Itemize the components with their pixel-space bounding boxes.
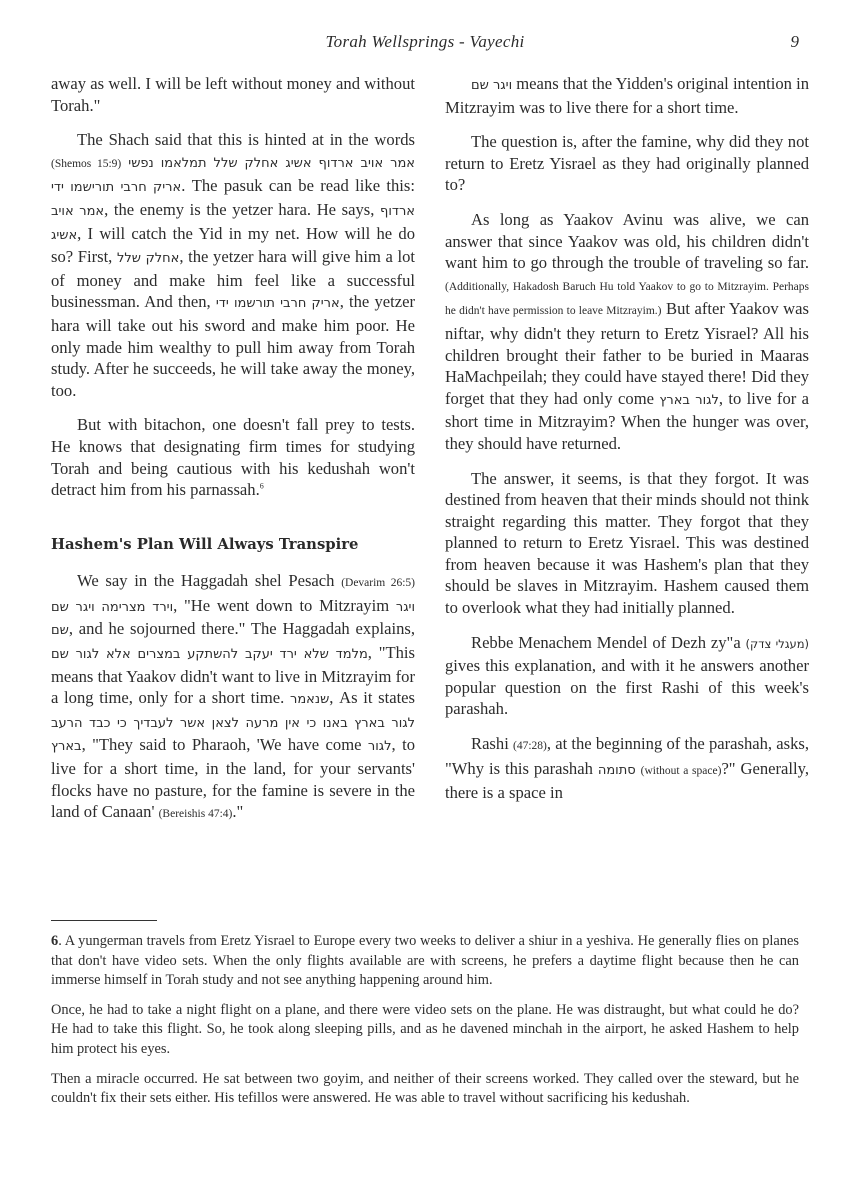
footnote-text: Then a miracle occurred. He sat between …	[51, 1071, 799, 1107]
paragraph-text: The Shach said that this is hinted at in…	[77, 130, 415, 149]
paragraph-text: , and he sojourned there." The Haggadah …	[69, 619, 415, 638]
paragraph-text: , "They said to Pharaoh, 'We have come	[82, 735, 368, 754]
left-column: away as well. I will be left without mon…	[51, 73, 415, 839]
paragraph: Rashi (47:28), at the beginning of the p…	[445, 733, 809, 804]
book-page: Torah Wellsprings - Vayechi 9 away as we…	[0, 0, 849, 1200]
paragraph-text: The question is, after the famine, why d…	[445, 132, 809, 194]
paragraph-text: The answer, it seems, is that they forgo…	[445, 469, 809, 618]
paragraph: The question is, after the famine, why d…	[445, 131, 809, 196]
hebrew-quote: אחלק שלל	[117, 251, 179, 266]
hebrew-quote: לגור	[368, 739, 392, 754]
source-citation: (47:28)	[513, 740, 547, 752]
hebrew-quote: מלמד שלא ירד יעקב להשתקע במצרים אלא לגור…	[51, 647, 368, 662]
paragraph: ויגר שם means that the Yidden's original…	[445, 73, 809, 118]
source-citation: (Devarim 26:5)	[341, 577, 415, 589]
hebrew-quote: לגור בארץ	[659, 393, 719, 408]
running-header: Torah Wellsprings - Vayechi 9	[51, 32, 799, 56]
footnote-paragraph: Once, he had to take a night flight on a…	[51, 1001, 799, 1060]
hebrew-quote: ויגר שם	[471, 78, 512, 93]
footnote-paragraph: 6. A yungerman travels from Eretz Yisrae…	[51, 932, 799, 991]
paragraph-text: away as well. I will be left without mon…	[51, 74, 415, 115]
paragraph-text: But with bitachon, one doesn't fall prey…	[51, 415, 415, 499]
source-citation: (without a space)	[641, 765, 722, 777]
right-column: ויגר שם means that the Yidden's original…	[445, 73, 809, 817]
paragraph: We say in the Haggadah shel Pesach (Deva…	[51, 570, 415, 826]
section-heading: Hashem's Plan Will Always Transpire	[51, 534, 415, 556]
paragraph-text: . The pasuk can be read like this:	[181, 176, 415, 195]
hebrew-quote: אריק חרבי תורשמו ידי	[216, 296, 340, 311]
hebrew-quote: אמר אויב	[51, 204, 104, 219]
paragraph-text: , the enemy is the yetzer hara. He says,	[104, 200, 380, 219]
source-citation: (Bereishis 47:4)	[159, 808, 233, 820]
paragraph-text: gives this explanation, and with it he a…	[445, 656, 809, 718]
paragraph-text: Rashi	[471, 734, 513, 753]
paragraph: As long as Yaakov Avinu was alive, we ca…	[445, 209, 809, 455]
paragraph-text: , "He went down to Mitzrayim	[173, 596, 396, 615]
paragraph-text: We say in the Haggadah shel Pesach	[77, 571, 341, 590]
paragraph: The Shach said that this is hinted at in…	[51, 129, 415, 401]
footnote-divider	[51, 920, 157, 921]
hebrew-quote: סתומה	[598, 763, 636, 778]
page-number: 9	[791, 32, 800, 52]
footnote-reference[interactable]: 6	[260, 482, 264, 491]
paragraph-text: ."	[232, 802, 243, 821]
footnotes: 6. A yungerman travels from Eretz Yisrae…	[51, 932, 799, 1119]
hebrew-quote: שנאמר	[290, 692, 329, 707]
footnote-text: Once, he had to take a night flight on a…	[51, 1002, 799, 1057]
running-title: Torah Wellsprings - Vayechi	[51, 32, 799, 52]
paragraph-text: As long as Yaakov Avinu was alive, we ca…	[445, 210, 809, 272]
footnote-text: . A yungerman travels from Eretz Yisrael…	[51, 933, 799, 988]
hebrew-quote: וירד מצרימה ויגר שם	[51, 600, 173, 615]
paragraph: But with bitachon, one doesn't fall prey…	[51, 414, 415, 500]
paragraph: Rebbe Menachem Mendel of Dezh zy"a (מעגל…	[445, 632, 809, 720]
source-citation: (Shemos 15:9)	[51, 158, 121, 170]
paragraph-text: , As it states	[329, 688, 415, 707]
paragraph: The answer, it seems, is that they forgo…	[445, 468, 809, 619]
paragraph-text: Rebbe Menachem Mendel of Dezh zy"a	[471, 633, 746, 652]
paragraph: away as well. I will be left without mon…	[51, 73, 415, 116]
source-citation: (מעגלי צדק)	[746, 637, 809, 651]
footnote-paragraph: Then a miracle occurred. He sat between …	[51, 1070, 799, 1109]
